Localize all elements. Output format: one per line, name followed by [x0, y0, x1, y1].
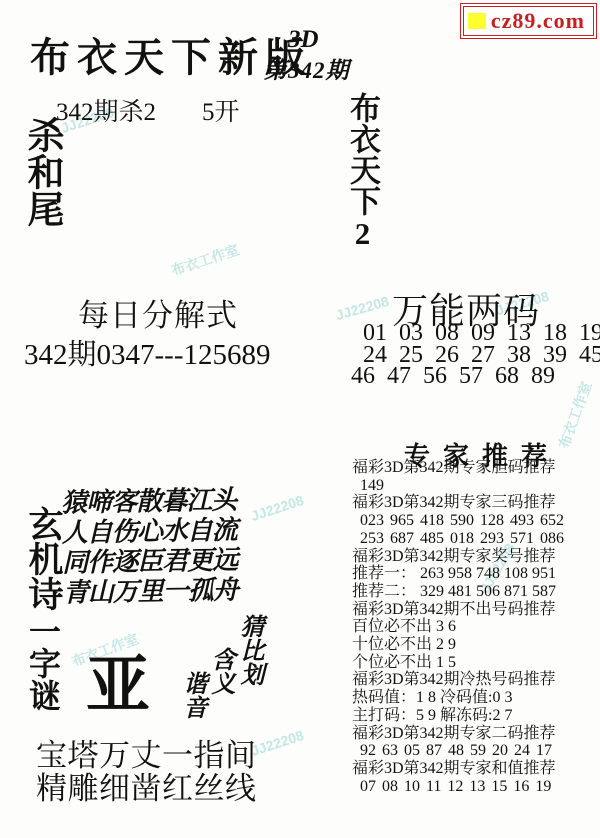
riddle-hint-prefix: 猜	[236, 614, 262, 638]
brand-text: 布衣天下	[345, 92, 380, 216]
expert-line: 92 63 05 87 48 59 20 24 17	[352, 742, 598, 760]
riddle-hint-text: 比划	[236, 638, 262, 686]
expert-line: 热码值：1 8 冷码值:0 3	[352, 689, 598, 707]
yellow-square-icon	[468, 13, 486, 29]
site-badge-inner: cz89.com	[463, 6, 594, 36]
brand-number: 2	[345, 216, 380, 251]
expert-line: 253 687 485 018 293 571 086	[352, 530, 598, 548]
brand-vertical: 布衣天下2	[346, 92, 378, 251]
daily-decompose-formula: 342期0347---125689	[24, 332, 270, 373]
bottom-poem: 宝塔万丈一指间 精雕细凿红丝线	[36, 739, 257, 805]
expert-line: 福彩3D第342期专家奖号推荐	[352, 548, 598, 566]
expert-line: 07 08 10 11 12 13 15 16 19	[352, 778, 598, 796]
riddle-label: 一字谜	[26, 615, 59, 711]
expert-line: 推荐二： 329 481 506 871 587	[352, 583, 598, 601]
site-url: cz89.com	[491, 8, 585, 34]
poem-lines: 猿啼客散暮江头 人自伤心水自流 同作逐臣君更远 青山万里一孤舟	[61, 485, 238, 608]
expert-line: 主打码：5 9 解冻码:2 7	[352, 707, 598, 725]
riddle-hint-homophone: 谐音	[179, 671, 205, 719]
lottery-sheet-page: JJ22208 布衣工作室 JJ22208 JJ22208 布衣工作室 JJ22…	[0, 0, 600, 838]
riddle-hint-strokes: 猜比划	[236, 614, 262, 686]
expert-line: 149	[352, 477, 598, 495]
watermark-text: JJ22208	[249, 727, 306, 759]
riddle-character: 亚	[86, 634, 150, 726]
watermark-text: JJ22208	[249, 492, 306, 524]
expert-line: 十位必不出 2 9	[352, 636, 598, 654]
expert-line: 百位必不出 3 6	[352, 618, 598, 636]
poem-label: 玄机诗	[26, 506, 61, 611]
expert-line: 福彩3D第342期专家三码推荐	[352, 494, 598, 512]
riddle-hint-meaning: 含义	[207, 647, 233, 695]
expert-line: 福彩3D第342期专家二码推荐	[352, 725, 598, 743]
expert-line: 推荐一： 263 958 748 108 951	[352, 565, 598, 583]
kill-vertical-label: 杀和尾	[22, 116, 60, 227]
bottom-poem-line: 宝塔万丈一指间	[36, 739, 257, 772]
poem-line: 人自伤心水自流	[61, 515, 237, 548]
watermark-text: JJ22208	[334, 293, 391, 323]
expert-line: 个位必不出 1 5	[352, 654, 598, 672]
kill-left: 342期杀2	[56, 99, 156, 126]
expert-line: 023 965 418 590 128 493 652	[352, 512, 598, 530]
expert-line: 福彩3D第342期冷热号码推荐	[352, 671, 598, 689]
issue-label: 第342期	[264, 52, 350, 85]
watermark-text: 布衣工作室	[554, 379, 597, 452]
expert-lines: 福彩3D第342期专家胆码推荐 149 福彩3D第342期专家三码推荐 023 …	[352, 459, 598, 795]
poem-line: 青山万里一孤舟	[63, 575, 239, 608]
poem-line: 同作逐臣君更远	[62, 545, 238, 578]
bottom-poem-line: 精雕细凿红丝线	[36, 772, 257, 805]
kill-line: 342期杀25开	[56, 92, 240, 128]
kill-right: 5开	[202, 99, 240, 126]
site-badge[interactable]: cz89.com	[460, 3, 597, 39]
expert-line: 福彩3D第342期专家和值推荐	[352, 760, 598, 778]
daily-decompose-title: 每日分解式	[78, 290, 238, 335]
poem-line: 猿啼客散暮江头	[61, 485, 237, 518]
two-codes-row: 46 47 56 57 68 89	[351, 366, 600, 388]
expert-line: 福彩3D第342期专家胆码推荐	[352, 459, 598, 477]
two-codes-grid: 01 03 08 09 13 18 19? 24 25 26 27 38 39 …	[351, 323, 600, 388]
edition-label: 3D	[288, 26, 319, 54]
watermark-text: 布衣工作室	[169, 240, 242, 281]
expert-line: 福彩3D第342期不出号码推荐	[352, 601, 598, 619]
